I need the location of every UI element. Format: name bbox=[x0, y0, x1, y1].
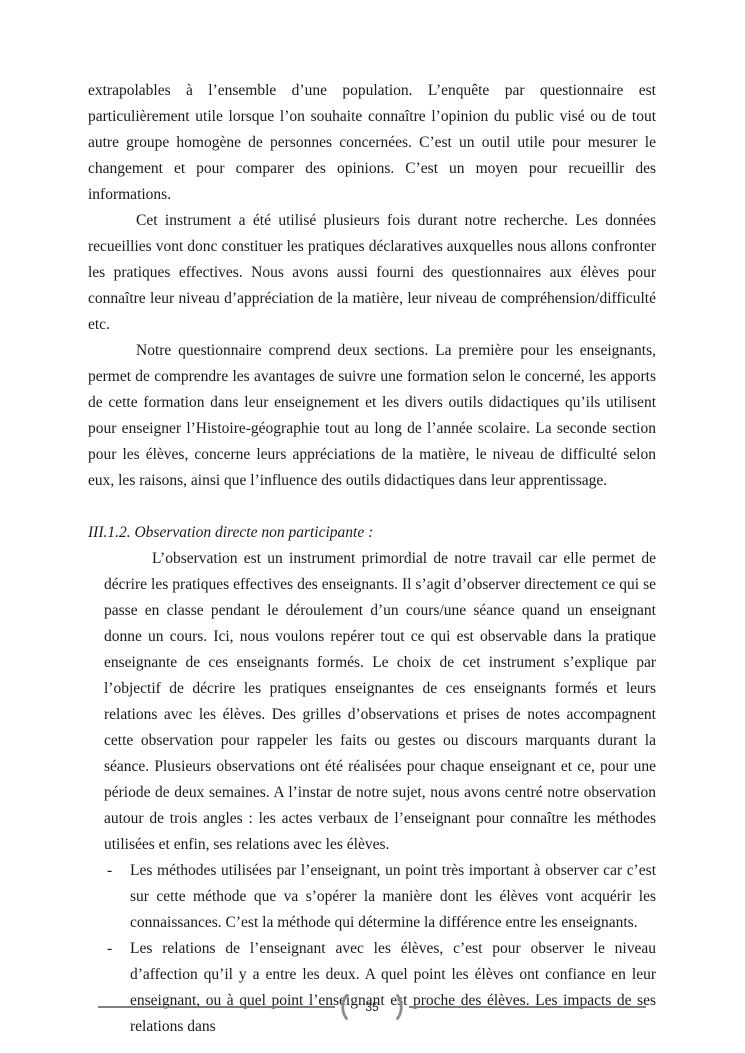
paragraph-observation-description: L’observation est un instrument primordi… bbox=[104, 546, 656, 858]
list-item-methodes: - Les méthodes utilisées par l’enseignan… bbox=[104, 858, 656, 936]
page-number-bracket-right-icon bbox=[395, 992, 407, 1022]
paragraph-instrument-usage: Cet instrument a été utilisé plusieurs f… bbox=[88, 208, 656, 338]
footer-rule-left bbox=[98, 1006, 335, 1008]
document-page: extrapolables à l’ensemble d’une populat… bbox=[0, 0, 745, 1053]
section-heading-observation: III.1.2. Observation directe non partici… bbox=[88, 520, 656, 546]
footer-rule-right bbox=[409, 1006, 646, 1008]
paragraph-questionnaire-sections: Notre questionnaire comprend deux sectio… bbox=[88, 338, 656, 494]
page-number-bracket-left-icon bbox=[337, 992, 349, 1022]
page-body-text: extrapolables à l’ensemble d’une populat… bbox=[88, 78, 656, 1040]
bullet-dash-marker: - bbox=[107, 936, 112, 962]
page-footer: 35 bbox=[98, 990, 646, 1024]
list-item-relations: - Les relations de l’enseignant avec les… bbox=[104, 936, 656, 1040]
bullet-dash-marker: - bbox=[107, 858, 112, 884]
list-item-text: Les méthodes utilisées par l’enseignant,… bbox=[130, 862, 656, 931]
page-number: 35 bbox=[351, 990, 392, 1024]
paragraph-questionnaire-intro: extrapolables à l’ensemble d’une populat… bbox=[88, 78, 656, 208]
